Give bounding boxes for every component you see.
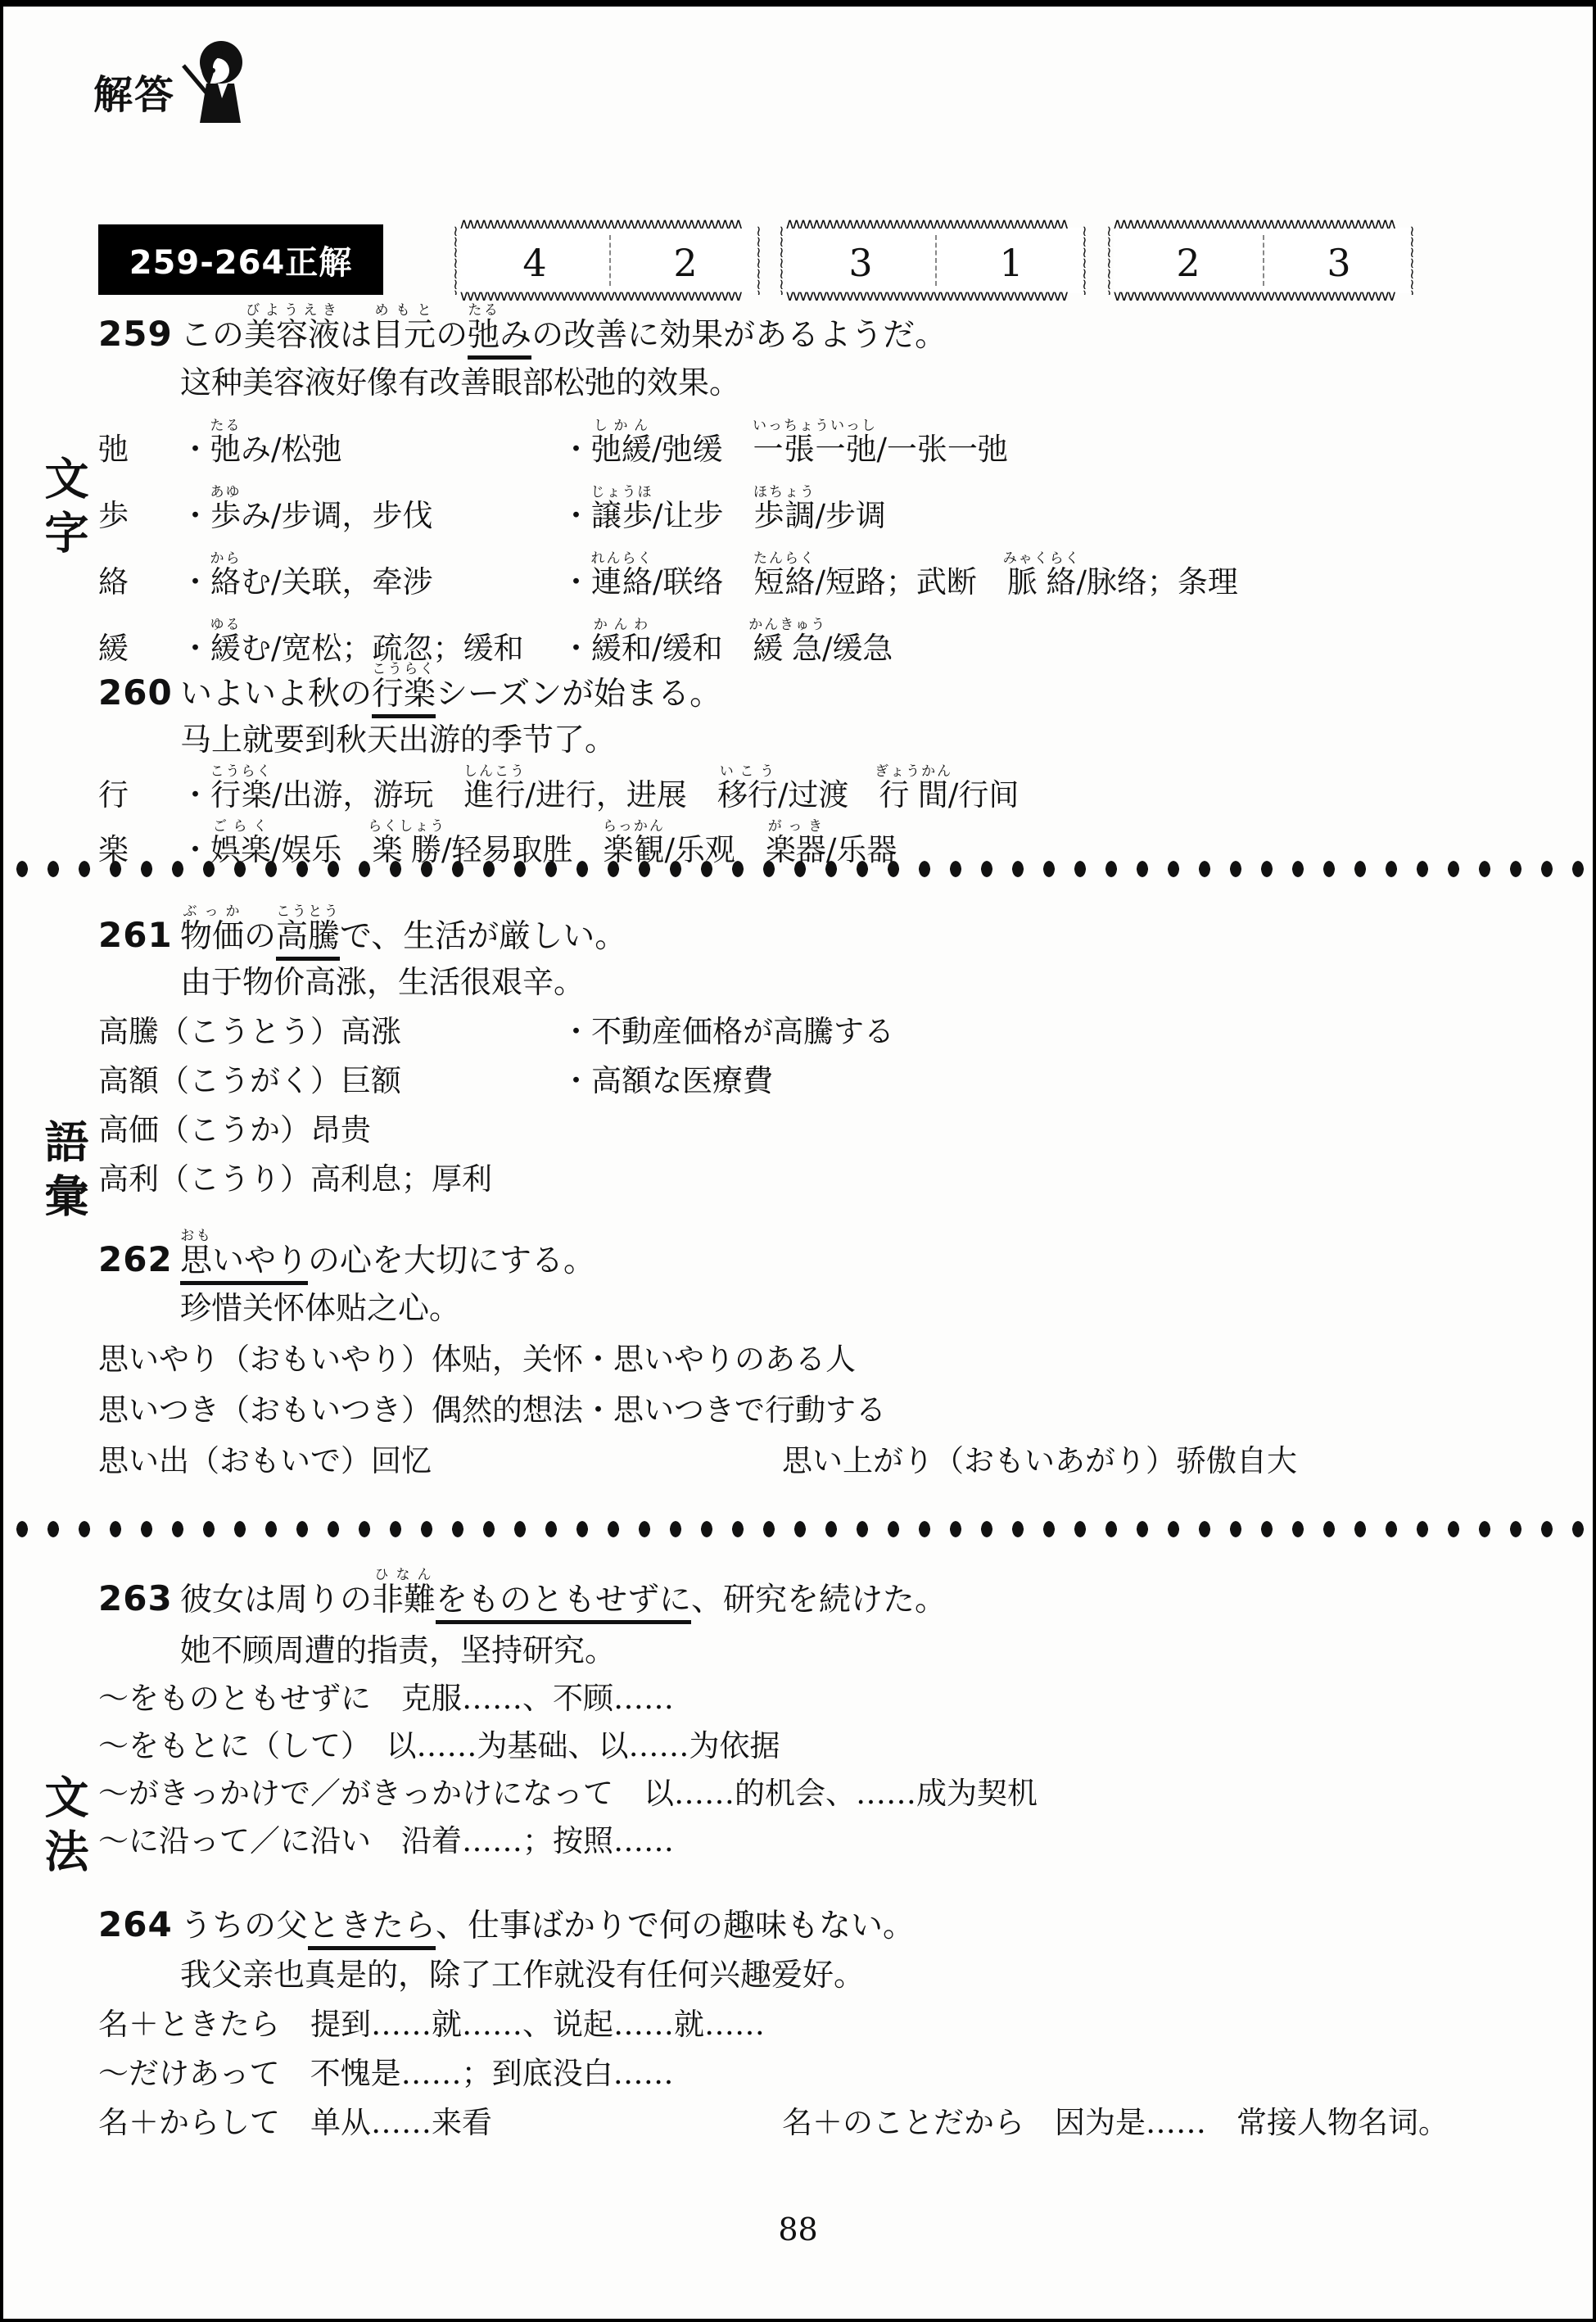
- question-translation: 马上就要到秋天出游的季节了。: [180, 721, 1547, 760]
- text-run: ～だけあって 不愧是……；到底没白……: [98, 2056, 674, 2091]
- vocab-head-kanji: 弛: [98, 430, 180, 469]
- ruby-annotated-text: 行間ぎょうかん: [879, 777, 948, 812]
- text-run: ・: [561, 498, 591, 533]
- text-run: /行间: [948, 777, 1019, 812]
- text-run: ・思いつきで行動する: [583, 1392, 886, 1428]
- text-run: の: [436, 317, 468, 354]
- underlined-term: 行楽こうらく: [372, 676, 436, 718]
- question-number: 263: [98, 1581, 159, 1620]
- question-sentence: 思おもいやりの心を大切にする。: [180, 1228, 595, 1281]
- text-run: 高騰（こうとう）高涨: [98, 1014, 401, 1049]
- ruby-annotated-text: 歩あゆ: [210, 498, 241, 533]
- dotted-separator: [7, 1519, 1589, 1540]
- vocab-items: ・絡からむ/关联，牵涉・連絡れんらく/联络 短絡たんらく/短路；武断 脈絡みゃく…: [180, 550, 1547, 602]
- vocab-row: 思いつき（おもいつき）偶然的想法・思いつきで行動する: [98, 1391, 1547, 1430]
- question-translation: 她不顾周遭的指责，坚持研究。: [180, 1632, 1547, 1671]
- text-run: む/关联，牵涉: [241, 564, 432, 600]
- vocab-row: 高利（こうり）高利息；厚利: [98, 1160, 1547, 1199]
- vocab-row: 絡・絡からむ/关联，牵涉・連絡れんらく/联络 短絡たんらく/短路；武断 脈絡みゃ…: [98, 550, 1547, 602]
- text-run: ・: [180, 564, 210, 600]
- question-number: 262: [98, 1242, 159, 1281]
- vocab-item: ～をものともせずに 克服……、不顾……: [98, 1679, 674, 1718]
- question-notes: 行・行楽こうらく/出游，游玩 進行しんこう/进行，进展 移行いこう/过渡 行間ぎ…: [98, 763, 1547, 870]
- question-264: 264うちの父ときたら、仕事ばかりで何の趣味もない。 我父亲也真是的，除了工作就…: [98, 1882, 1547, 2143]
- vocab-row: 弛・弛たるみ/松弛・弛緩しかん/弛缓 一張一弛いっちょういっし/一张一弛: [98, 418, 1547, 469]
- question-259: 259この美容液びようえきは目元めもとの弛たるみの改善に効果があるようだ。 这种…: [98, 292, 1547, 668]
- vocab-items: ～がきっかけで／がきっかけになって 以……的机会、……成为契机: [98, 1774, 1547, 1813]
- text-run: /脉络；条理: [1076, 564, 1237, 600]
- text-run: /进行，进展: [525, 777, 717, 812]
- vocab-item: ・弛たるみ/松弛: [180, 418, 561, 469]
- text-run: 、研究を続けた。: [691, 1582, 947, 1618]
- vocab-row: ～だけあって 不愧是……；到底没白……: [98, 2054, 1547, 2093]
- girl-teacher-with-pointer-icon: [177, 38, 255, 123]
- vocab-item: 高騰（こうとう）高涨: [98, 1012, 561, 1052]
- vocab-item: 思いつき（おもいつき）偶然的想法: [98, 1391, 583, 1430]
- text-run: ～がきっかけで／がきっかけになって 以……的机会、……成为契机: [98, 1776, 1038, 1811]
- text-run: シーズンが始まる。: [436, 676, 721, 713]
- question-notes: 高騰（こうとう）高涨・不動産価格が高騰する高額（こうがく）巨额・高額な医療費高価…: [98, 1012, 1547, 1199]
- question-sentence: うちの父ときたら、仕事ばかりで何の趣味もない。: [180, 1908, 915, 1946]
- vocab-items: 高騰（こうとう）高涨・不動産価格が高騰する: [98, 1012, 1547, 1052]
- underlined-term: 弛たる: [468, 317, 500, 360]
- vocab-row: ～がきっかけで／がきっかけになって 以……的机会、……成为契机: [98, 1774, 1547, 1813]
- text-run: /出游，游玩: [272, 777, 463, 812]
- ruby-annotated-text: 娯楽ごらく: [210, 832, 271, 867]
- section-label-bunpou: 文法: [41, 1774, 85, 1882]
- text-run: 高価（こうか）昂贵: [98, 1112, 371, 1147]
- text-run: ～をものともせずに 克服……、不顾……: [98, 1681, 674, 1716]
- vocab-item: ・行楽こうらく/出游，游玩 進行しんこう/进行，进展 移行いこう/过渡 行間ぎょ…: [180, 763, 1019, 815]
- question-translation: 珍惜关怀体贴之心。: [180, 1289, 1547, 1328]
- vocab-items: ～に沿って／に沿い 沿着……；按照……: [98, 1822, 1547, 1861]
- question-sentence: いよいよ秋の行楽こうらくシーズンが始まる。: [180, 661, 721, 714]
- vocab-head-kanji: 歩: [98, 496, 180, 536]
- question-translation: 这种美容液好像有改善眼部松弛的效果。: [180, 364, 1547, 403]
- ruby-annotated-text: 行楽こうらく: [210, 777, 272, 812]
- text-run: み/松弛: [241, 432, 341, 467]
- vocab-row: 名＋ときたら 提到……就……、说起……就……: [98, 2005, 1547, 2044]
- answer-263: 2: [1114, 239, 1263, 282]
- underlined-term: ときたら: [308, 1908, 436, 1950]
- text-run: 彼女は周りの: [180, 1582, 372, 1618]
- text-run: ・: [180, 498, 210, 533]
- ruby-annotated-text: 一張一弛いっちょういっし: [753, 432, 876, 467]
- vocab-item: 思い出（おもいで）回忆: [98, 1442, 782, 1481]
- answer-range-label: 259-264正解: [98, 224, 383, 295]
- question-261: 261物価ぶっかの高騰こうとうで、生活が厳しい。 由于物价高涨，生活很艰辛。 高…: [98, 893, 1547, 1199]
- vocab-row: ～をものともせずに 克服……、不顾……: [98, 1679, 1547, 1718]
- ruby-annotated-text: 移行いこう: [717, 777, 778, 812]
- vocab-items: ・弛たるみ/松弛・弛緩しかん/弛缓 一張一弛いっちょういっし/一张一弛: [180, 418, 1547, 469]
- ruby-annotated-text: 非難ひなん: [372, 1582, 436, 1618]
- ruby-annotated-text: 脈絡みゃくらく: [1007, 564, 1077, 600]
- text-run: ・高額な医療費: [561, 1063, 773, 1098]
- vocab-item: ・絡からむ/关联，牵涉: [180, 550, 561, 602]
- text-run: /乐器: [826, 832, 897, 867]
- vocab-item: 名＋のことだから 因为是…… 常接人物名词。: [782, 2103, 1449, 2143]
- ruby-annotated-text: 短絡たんらく: [753, 564, 815, 600]
- vocab-item: ～がきっかけで／がきっかけになって 以……的机会、……成为契机: [98, 1774, 1038, 1813]
- question-notes: 思いやり（おもいやり）体贴，关怀・思いやりのある人思いつき（おもいつき）偶然的想…: [98, 1340, 1547, 1481]
- answer-stamp-2: ∧∧∧∧∧∧∧∧∧∧∧∧∧∧∧∧∧∧∧∧∧∧∧∧∧∧∧∧∧∧∧∧∧∧∧∧∧∧∧∧…: [786, 228, 1086, 293]
- vocab-item: ～をもとに（して） 以……为基础、以……为依据: [98, 1727, 780, 1766]
- vocab-item: 名＋からして 单从……来看: [98, 2103, 782, 2143]
- text-run: /过渡: [778, 777, 879, 812]
- vocab-row: ～をもとに（して） 以……为基础、以……为依据: [98, 1727, 1547, 1766]
- underlined-term: み: [500, 317, 531, 360]
- question-notes: 名＋ときたら 提到……就……、说起……就……～だけあって 不愧是……；到底没白……: [98, 2005, 1547, 2143]
- text-run: ・思いやりのある人: [583, 1342, 856, 1377]
- answer-259: 4: [460, 239, 609, 282]
- vocab-row: 思い出（おもいで）回忆思い上がり（おもいあがり）骄傲自大: [98, 1442, 1547, 1481]
- page-title: 解答: [93, 75, 175, 120]
- scanned-textbook-page: 解答 259-264正解 ∧∧∧∧∧∧∧∧∧∧∧∧∧∧∧∧∧∧∧∧∧∧∧∧∧∧∧…: [0, 0, 1596, 2322]
- text-run: 、仕事ばかりで何の趣味もない。: [436, 1908, 915, 1944]
- text-run: 高額（こうがく）巨额: [98, 1063, 401, 1098]
- page-header: 解答: [93, 38, 255, 120]
- text-run: ・不動産価格が高騰する: [561, 1014, 894, 1049]
- question-number: 261: [98, 917, 159, 957]
- vocab-item: ・弛緩しかん/弛缓 一張一弛いっちょういっし/一张一弛: [561, 418, 1008, 469]
- text-run: の: [244, 918, 276, 955]
- ruby-annotated-text: 美容液びようえき: [244, 317, 340, 354]
- text-run: 名＋のことだから 因为是…… 常接人物名词。: [782, 2105, 1449, 2140]
- text-run: この: [180, 317, 244, 354]
- vocab-item: 高額（こうがく）巨额: [98, 1061, 561, 1101]
- vocab-items: 思いつき（おもいつき）偶然的想法・思いつきで行動する: [98, 1391, 1547, 1430]
- underlined-term: 高騰こうとう: [276, 918, 340, 961]
- answer-stamp-3: ∧∧∧∧∧∧∧∧∧∧∧∧∧∧∧∧∧∧∧∧∧∧∧∧∧∧∧∧∧∧∧∧∧∧∧∧∧∧∧∧…: [1114, 228, 1413, 293]
- question-sentence: 彼女は周りの非難ひなんをものともせずに、研究を続けた。: [180, 1567, 947, 1620]
- question-262: 262思おもいやりの心を大切にする。 珍惜关怀体贴之心。 思いやり（おもいやり）…: [98, 1217, 1547, 1481]
- text-run: /让步: [653, 498, 753, 533]
- answer-264: 3: [1264, 239, 1413, 282]
- text-run: み/步调，步伐: [241, 498, 432, 533]
- text-run: /娱乐: [271, 832, 372, 867]
- text-run: の改善に効果があるようだ。: [531, 317, 947, 354]
- text-run: /短路；武断: [815, 564, 1006, 600]
- question-translation: 由于物价高涨，生活很艰辛。: [180, 963, 1547, 1003]
- vocab-item: ・歩あゆみ/步调，步伐: [180, 484, 561, 536]
- ruby-annotated-text: 絡から: [210, 564, 241, 600]
- text-run: ・: [180, 832, 210, 867]
- vocab-item: 高利（こうり）高利息；厚利: [98, 1160, 561, 1199]
- vocab-item: ・思いやりのある人: [583, 1340, 856, 1379]
- text-run: 思いつき（おもいつき）偶然的想法: [98, 1392, 583, 1428]
- text-run: ～に沿って／に沿い 沿着……；按照……: [98, 1823, 674, 1858]
- vocab-item: 思いやり（おもいやり）体贴，关怀: [98, 1340, 583, 1379]
- question-260: 260いよいよ秋の行楽こうらくシーズンが始まる。 马上就要到秋天出游的季节了。 …: [98, 650, 1547, 870]
- vocab-items: 思い出（おもいで）回忆思い上がり（おもいあがり）骄傲自大: [98, 1442, 1547, 1481]
- vocab-item: ・高額な医療費: [561, 1061, 773, 1101]
- vocab-head-kanji: 行: [98, 776, 180, 815]
- text-run: /乐观: [664, 832, 765, 867]
- vocab-head-kanji: 絡: [98, 563, 180, 602]
- underlined-term: をものともせずに: [436, 1582, 691, 1624]
- answer-262: 1: [937, 239, 1086, 282]
- text-run: ・: [180, 777, 210, 812]
- question-sentence: この美容液びようえきは目元めもとの弛たるみの改善に効果があるようだ。: [180, 302, 947, 355]
- vocab-items: ・娯楽ごらく/娱乐 楽勝らくしょう/轻易取胜 楽観らっかん/乐观 楽器がっき/乐…: [180, 818, 1547, 870]
- vocab-item: ～に沿って／に沿い 沿着……；按照……: [98, 1822, 674, 1861]
- section-label-goi: 語彙: [41, 1119, 85, 1227]
- text-run: /轻易取胜: [441, 832, 603, 867]
- vocab-items: 高価（こうか）昂贵: [98, 1111, 1547, 1150]
- answer-stamp-1: ∧∧∧∧∧∧∧∧∧∧∧∧∧∧∧∧∧∧∧∧∧∧∧∧∧∧∧∧∧∧∧∧∧∧∧∧∧∧∧∧…: [460, 228, 760, 293]
- vocab-row: 高騰（こうとう）高涨・不動産価格が高騰する: [98, 1012, 1547, 1052]
- question-translation: 我父亲也真是的，除了工作就没有任何兴趣爱好。: [180, 1956, 1547, 1995]
- vocab-items: ・行楽こうらく/出游，游玩 進行しんこう/进行，进展 移行いこう/过渡 行間ぎょ…: [180, 763, 1547, 815]
- vocab-items: ～をものともせずに 克服……、不顾……: [98, 1679, 1547, 1718]
- vocab-items: 思いやり（おもいやり）体贴，关怀・思いやりのある人: [98, 1340, 1547, 1379]
- text-run: 思い出（おもいで）回忆: [98, 1443, 432, 1478]
- vocab-items: 名＋ときたら 提到……就……、说起……就……: [98, 2005, 1547, 2044]
- vocab-item: ・不動産価格が高騰する: [561, 1012, 894, 1052]
- text-run: /步调: [815, 498, 885, 533]
- vocab-row: 思いやり（おもいやり）体贴，关怀・思いやりのある人: [98, 1340, 1547, 1379]
- section-label-moji: 文字: [41, 455, 85, 564]
- underlined-term: いやり: [212, 1242, 308, 1285]
- question-number: 259: [98, 316, 159, 355]
- text-run: 高利（こうり）高利息；厚利: [98, 1161, 492, 1197]
- vocab-item: 名＋ときたら 提到……就……、说起……就……: [98, 2005, 765, 2044]
- vocab-row: 高価（こうか）昂贵: [98, 1111, 1547, 1150]
- vocab-items: 高額（こうがく）巨额・高額な医療費: [98, 1061, 1547, 1101]
- ruby-annotated-text: 弛たる: [210, 432, 241, 467]
- text-run: で、生活が厳しい。: [340, 918, 626, 955]
- ruby-annotated-text: 弛緩しかん: [591, 432, 652, 467]
- text-run: /弛缓: [652, 432, 753, 467]
- vocab-items: ～をもとに（して） 以……为基础、以……为依据: [98, 1727, 1547, 1766]
- vocab-item: 高価（こうか）昂贵: [98, 1111, 561, 1150]
- ruby-annotated-text: 連絡れんらく: [591, 564, 653, 600]
- ruby-annotated-text: 歩調ほちょう: [753, 498, 815, 533]
- vocab-row: 歩・歩あゆみ/步调，步伐・譲歩じょうほ/让步 歩調ほちょう/步调: [98, 484, 1547, 536]
- ruby-annotated-text: 楽勝らくしょう: [372, 832, 441, 867]
- underlined-term: 思おも: [180, 1242, 212, 1285]
- text-run: ～をもとに（して） 以……为基础、以……为依据: [98, 1728, 780, 1763]
- page-number: 88: [3, 2211, 1593, 2247]
- vocab-row: 高額（こうがく）巨额・高額な医療費: [98, 1061, 1547, 1101]
- vocab-row: 楽・娯楽ごらく/娱乐 楽勝らくしょう/轻易取胜 楽観らっかん/乐观 楽器がっき/…: [98, 818, 1547, 870]
- text-run: いよいよ秋の: [180, 676, 372, 713]
- vocab-item: 思い上がり（おもいあがり）骄傲自大: [782, 1442, 1297, 1481]
- question-sentence: 物価ぶっかの高騰こうとうで、生活が厳しい。: [180, 903, 626, 957]
- text-run: ・: [561, 432, 591, 467]
- text-run: ・: [561, 564, 591, 600]
- text-run: ・: [180, 432, 210, 467]
- ruby-annotated-text: 楽器がっき: [766, 832, 826, 867]
- vocab-row: 名＋からして 单从……来看名＋のことだから 因为是…… 常接人物名词。: [98, 2103, 1547, 2143]
- ruby-annotated-text: 楽観らっかん: [603, 832, 664, 867]
- ruby-annotated-text: 進行しんこう: [463, 777, 525, 812]
- ruby-annotated-text: 物価ぶっか: [180, 918, 244, 955]
- question-notes: 弛・弛たるみ/松弛・弛緩しかん/弛缓 一張一弛いっちょういっし/一张一弛歩・歩あ…: [98, 418, 1547, 668]
- question-number: 260: [98, 675, 159, 714]
- vocab-item: ・譲歩じょうほ/让步 歩調ほちょう/步调: [561, 484, 886, 536]
- vocab-items: 名＋からして 单从……来看名＋のことだから 因为是…… 常接人物名词。: [98, 2103, 1547, 2143]
- vocab-items: ～だけあって 不愧是……；到底没白……: [98, 2054, 1547, 2093]
- text-run: 名＋からして 单从……来看: [98, 2105, 492, 2140]
- vocab-head-kanji: 楽: [98, 831, 180, 870]
- vocab-row: ～に沿って／に沿い 沿着……；按照……: [98, 1822, 1547, 1861]
- question-263: 263彼女は周りの非難ひなんをものともせずに、研究を続けた。 她不顾周遭的指责，…: [98, 1556, 1547, 1861]
- ruby-annotated-text: 目元めもと: [372, 317, 436, 354]
- text-run: 思いやり（おもいやり）体贴，关怀: [98, 1342, 583, 1377]
- text-run: は: [340, 317, 372, 354]
- vocab-item: ・思いつきで行動する: [583, 1391, 886, 1430]
- question-number: 264: [98, 1907, 159, 1946]
- text-run: 名＋ときたら 提到……就……、说起……就……: [98, 2007, 765, 2042]
- vocab-items: 高利（こうり）高利息；厚利: [98, 1160, 1547, 1199]
- vocab-items: ・歩あゆみ/步调，步伐・譲歩じょうほ/让步 歩調ほちょう/步调: [180, 484, 1547, 536]
- answer-261: 3: [786, 239, 935, 282]
- text-run: /联络: [653, 564, 753, 600]
- vocab-item: ～だけあって 不愧是……；到底没白……: [98, 2054, 674, 2093]
- text-run: 思い上がり（おもいあがり）骄傲自大: [782, 1443, 1297, 1478]
- text-run: うちの父: [180, 1908, 308, 1944]
- vocab-item: ・連絡れんらく/联络 短絡たんらく/短路；武断 脈絡みゃくらく/脉络；条理: [561, 550, 1238, 602]
- vocab-row: 行・行楽こうらく/出游，游玩 進行しんこう/进行，进展 移行いこう/过渡 行間ぎ…: [98, 763, 1547, 815]
- answer-260: 2: [611, 239, 760, 282]
- text-run: /一张一弛: [876, 432, 1007, 467]
- ruby-annotated-text: 譲歩じょうほ: [591, 498, 653, 533]
- vocab-item: ・娯楽ごらく/娱乐 楽勝らくしょう/轻易取胜 楽観らっかん/乐观 楽器がっき/乐…: [180, 818, 897, 870]
- question-notes: ～をものともせずに 克服……、不顾……～をもとに（して） 以……为基础、以……为…: [98, 1679, 1547, 1861]
- text-run: の心を大切にする。: [308, 1242, 595, 1279]
